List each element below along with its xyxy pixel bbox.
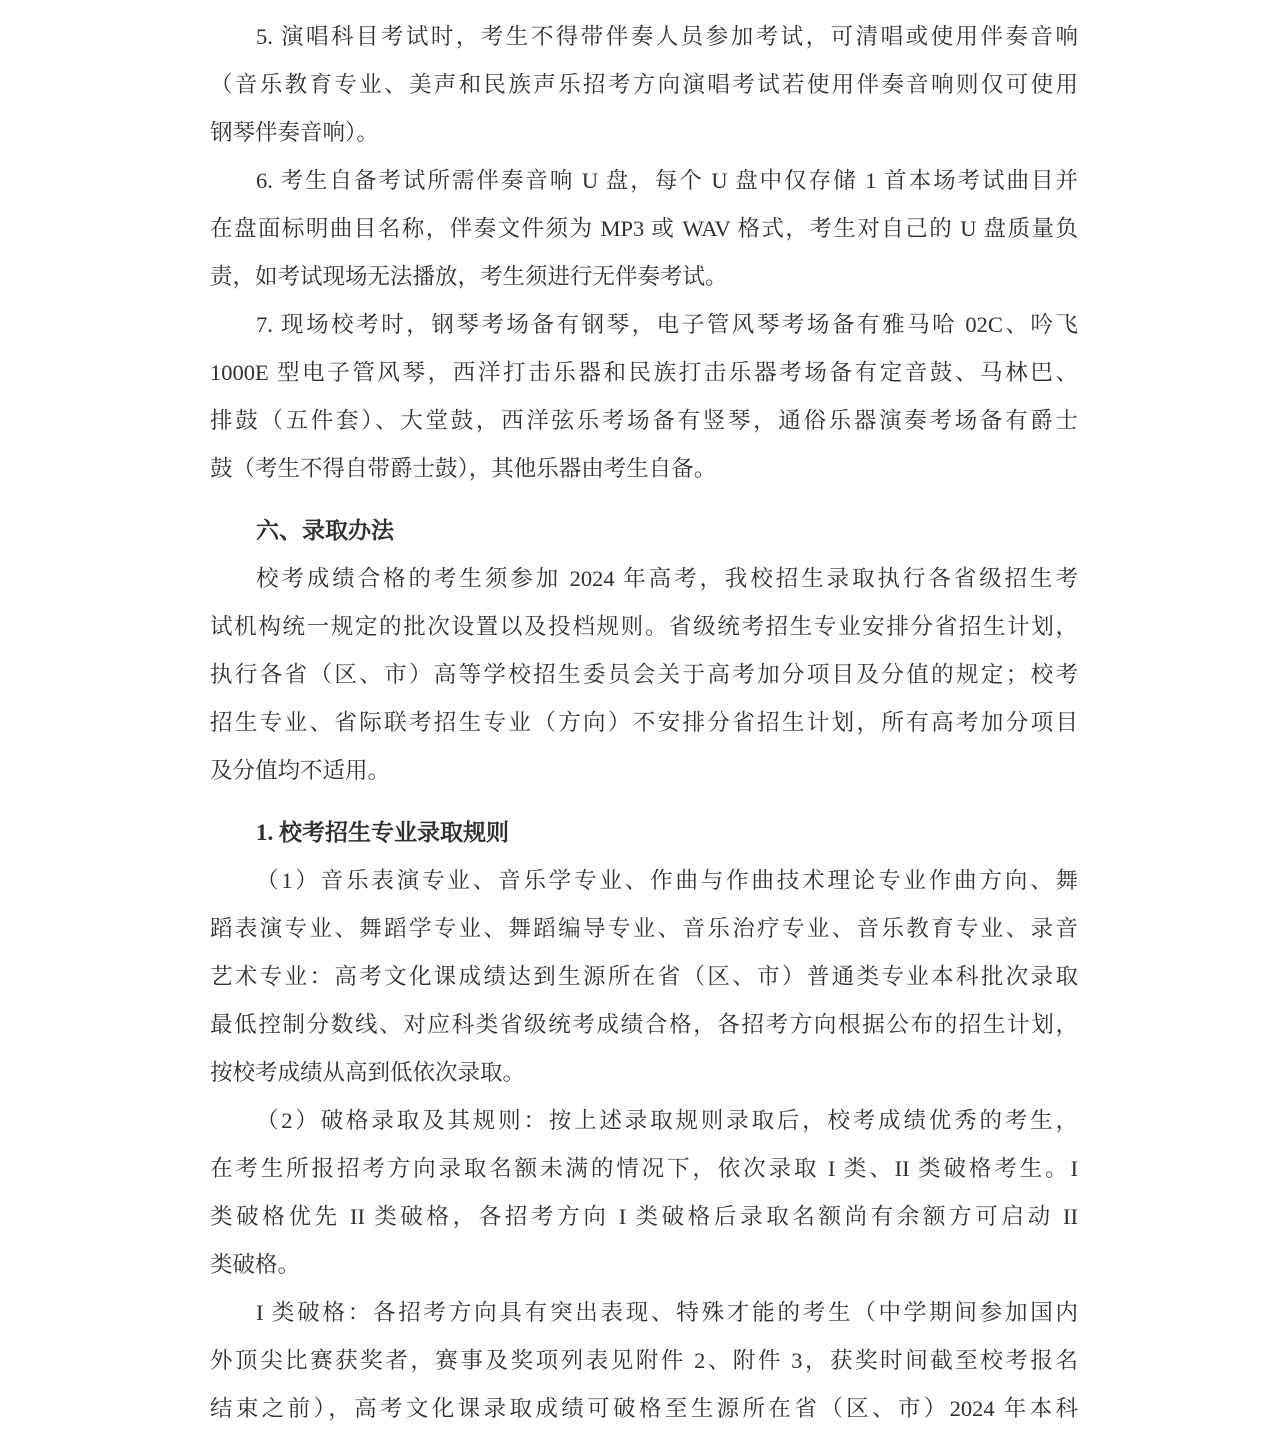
paragraph-line: 类破格。 xyxy=(210,1241,1078,1289)
paragraph-line: 7. 现场校考时，钢琴考场备有钢琴，电子管风琴考场备有雅马哈 02C、吟飞 xyxy=(210,301,1078,349)
paragraph-line: 及分值均不适用。 xyxy=(210,747,1078,795)
paragraph-line: 鼓（考生不得自带爵士鼓），其他乐器由考生自备。 xyxy=(210,445,1078,493)
document-page: 5. 演唱科目考试时，考生不得带伴奏人员参加考试，可清唱或使用伴奏音响（音乐教育… xyxy=(0,0,1280,1433)
paragraph-line: 钢琴伴奏音响）。 xyxy=(210,109,1078,157)
paragraph-line: 蹈表演专业、舞蹈学专业、舞蹈编导专业、音乐治疗专业、音乐教育专业、录音 xyxy=(210,905,1078,953)
section-heading: 六、录取办法 xyxy=(210,507,1078,555)
paragraph-line: 5. 演唱科目考试时，考生不得带伴奏人员参加考试，可清唱或使用伴奏音响 xyxy=(210,13,1078,61)
paragraph-line: 在盘面标明曲目名称，伴奏文件须为 MP3 或 WAV 格式，考生对自己的 U 盘… xyxy=(210,205,1078,253)
paragraph-line: 1000E 型电子管风琴，西洋打击乐器和民族打击乐器考场备有定音鼓、马林巴、 xyxy=(210,349,1078,397)
paragraph: 校考成绩合格的考生须参加 2024 年高考，我校招生录取执行各省级招生考试机构统… xyxy=(210,555,1078,795)
section-heading: 1. 校考招生专业录取规则 xyxy=(210,809,1078,857)
paragraph-line: 执行各省（区、市）高等学校招生委员会关于高考加分项目及分值的规定；校考 xyxy=(210,651,1078,699)
paragraph-line: 类破格优先 II 类破格，各招考方向 I 类破格后录取名额尚有余额方可启动 II xyxy=(210,1193,1078,1241)
paragraph: 6. 考生自备考试所需伴奏音响 U 盘，每个 U 盘中仅存储 1 首本场考试曲目… xyxy=(210,157,1078,301)
paragraph-line: 责，如考试现场无法播放，考生须进行无伴奏考试。 xyxy=(210,253,1078,301)
paragraph-line: 艺术专业：高考文化课成绩达到生源所在省（区、市）普通类专业本科批次录取 xyxy=(210,953,1078,1001)
paragraph-line: 校考成绩合格的考生须参加 2024 年高考，我校招生录取执行各省级招生考 xyxy=(210,555,1078,603)
paragraph-line: I 类破格：各招考方向具有突出表现、特殊才能的考生（中学期间参加国内 xyxy=(210,1289,1078,1337)
paragraph-line: 外顶尖比赛获奖者，赛事及奖项列表见附件 2、附件 3，获奖时间截至校考报名 xyxy=(210,1337,1078,1385)
paragraph-line: （1）音乐表演专业、音乐学专业、作曲与作曲技术理论专业作曲方向、舞 xyxy=(210,857,1078,905)
paragraph: 7. 现场校考时，钢琴考场备有钢琴，电子管风琴考场备有雅马哈 02C、吟飞100… xyxy=(210,301,1078,493)
paragraph-line: （音乐教育专业、美声和民族声乐招考方向演唱考试若使用伴奏音响则仅可使用 xyxy=(210,61,1078,109)
paragraph-line: （2）破格录取及其规则：按上述录取规则录取后，校考成绩优秀的考生， xyxy=(210,1097,1078,1145)
paragraph: （2）破格录取及其规则：按上述录取规则录取后，校考成绩优秀的考生，在考生所报招考… xyxy=(210,1097,1078,1289)
paragraph-line: 按校考成绩从高到低依次录取。 xyxy=(210,1049,1078,1097)
paragraph-line: 结束之前），高考文化课录取成绩可破格至生源所在省（区、市）2024 年本科 xyxy=(210,1385,1078,1433)
paragraph-line: 招生专业、省际联考招生专业（方向）不安排分省招生计划，所有高考加分项目 xyxy=(210,699,1078,747)
paragraph-line: 最低控制分数线、对应科类省级统考成绩合格，各招考方向根据公布的招生计划， xyxy=(210,1001,1078,1049)
paragraph: （1）音乐表演专业、音乐学专业、作曲与作曲技术理论专业作曲方向、舞蹈表演专业、舞… xyxy=(210,857,1078,1097)
paragraph-line: 试机构统一规定的批次设置以及投档规则。省级统考招生专业安排分省招生计划， xyxy=(210,603,1078,651)
paragraph: 5. 演唱科目考试时，考生不得带伴奏人员参加考试，可清唱或使用伴奏音响（音乐教育… xyxy=(210,13,1078,157)
paragraph-line: 6. 考生自备考试所需伴奏音响 U 盘，每个 U 盘中仅存储 1 首本场考试曲目… xyxy=(210,157,1078,205)
paragraph: I 类破格：各招考方向具有突出表现、特殊才能的考生（中学期间参加国内外顶尖比赛获… xyxy=(210,1289,1078,1433)
paragraph-line: 在考生所报招考方向录取名额未满的情况下，依次录取 I 类、II 类破格考生。I xyxy=(210,1145,1078,1193)
paragraph-line: 排鼓（五件套）、大堂鼓，西洋弦乐考场备有竖琴，通俗乐器演奏考场备有爵士 xyxy=(210,397,1078,445)
